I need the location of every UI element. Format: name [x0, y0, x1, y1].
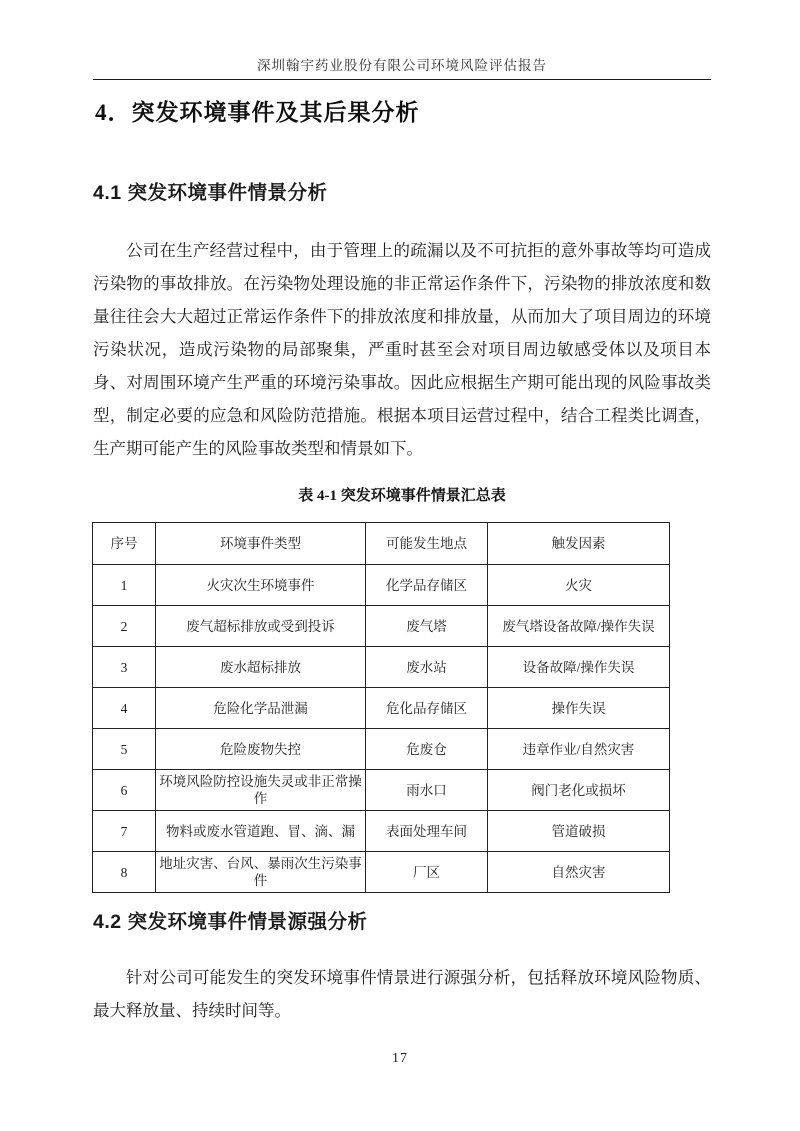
table-caption: 表 4-1 突发环境事件情景汇总表: [93, 484, 711, 505]
page-footer: 17: [0, 1049, 800, 1067]
table-cell: 管道破损: [488, 811, 670, 852]
table-cell: 违章作业/自然灾害: [488, 729, 670, 770]
table-cell: 6: [93, 770, 156, 811]
table-cell: 物料或废水管道跑、冒、滴、漏: [156, 811, 366, 852]
page-header: 深圳翰宇药业股份有限公司环境风险评估报告: [93, 0, 711, 80]
col-header-location: 可能发生地点: [366, 523, 488, 565]
section-4-2-paragraph: 针对公司可能发生的突发环境事件情景进行源强分析，包括释放环境风险物质、最大释放量…: [93, 961, 711, 1027]
header-title: 深圳翰宇药业股份有限公司环境风险评估报告: [93, 54, 711, 74]
table-cell: 地址灾害、台风、暴雨次生污染事件: [156, 852, 366, 893]
table-cell: 4: [93, 688, 156, 729]
document-page: 深圳翰宇药业股份有限公司环境风险评估报告 4．突发环境事件及其后果分析 4.1 …: [0, 0, 800, 1131]
table-cell: 操作失误: [488, 688, 670, 729]
col-header-trigger: 触发因素: [488, 523, 670, 565]
section-4-1-paragraph: 公司在生产经营过程中，由于管理上的疏漏以及不可抗拒的意外事故等均可造成污染物的事…: [93, 234, 711, 465]
table-cell: 2: [93, 606, 156, 647]
table-row: 6 环境风险防控设施失灵或非正常操作 雨水口 阀门老化或损坏: [93, 770, 670, 811]
table-cell: 8: [93, 852, 156, 893]
table-cell: 自然灾害: [488, 852, 670, 893]
table-row: 2 废气超标排放或受到投诉 废气塔 废气塔设备故障/操作失误: [93, 606, 670, 647]
table-row: 7 物料或废水管道跑、冒、滴、漏 表面处理车间 管道破损: [93, 811, 670, 852]
col-header-event-type: 环境事件类型: [156, 523, 366, 565]
table-cell: 厂区: [366, 852, 488, 893]
table-row: 1 火灾次生环境事件 化学品存储区 火灾: [93, 565, 670, 606]
table-cell: 雨水口: [366, 770, 488, 811]
table-cell: 5: [93, 729, 156, 770]
table-row: 3 废水超标排放 废水站 设备故障/操作失误: [93, 647, 670, 688]
table-cell: 7: [93, 811, 156, 852]
page-number: 17: [392, 1051, 408, 1066]
table-cell: 火灾: [488, 565, 670, 606]
table-cell: 阀门老化或损坏: [488, 770, 670, 811]
table-cell: 危险化学品泄漏: [156, 688, 366, 729]
table-cell: 废气塔: [366, 606, 488, 647]
table-cell: 设备故障/操作失误: [488, 647, 670, 688]
table-cell: 危险废物失控: [156, 729, 366, 770]
table-cell: 废气超标排放或受到投诉: [156, 606, 366, 647]
table-cell: 1: [93, 565, 156, 606]
col-header-index: 序号: [93, 523, 156, 565]
chapter-title: 4．突发环境事件及其后果分析: [95, 96, 711, 129]
table-row: 8 地址灾害、台风、暴雨次生污染事件 厂区 自然灾害: [93, 852, 670, 893]
table-cell: 3: [93, 647, 156, 688]
table-cell: 废水站: [366, 647, 488, 688]
table-cell: 危化品存储区: [366, 688, 488, 729]
table-row: 4 危险化学品泄漏 危化品存储区 操作失误: [93, 688, 670, 729]
table-cell: 废水超标排放: [156, 647, 366, 688]
table-cell: 火灾次生环境事件: [156, 565, 366, 606]
scenario-summary-table: 序号 环境事件类型 可能发生地点 触发因素 1 火灾次生环境事件 化学品存储区 …: [92, 522, 670, 893]
section-4-2-heading: 4.2 突发环境事件情景源强分析: [93, 908, 711, 936]
table-cell: 环境风险防控设施失灵或非正常操作: [156, 770, 366, 811]
table-cell: 废气塔设备故障/操作失误: [488, 606, 670, 647]
section-4-1-heading: 4.1 突发环境事件情景分析: [93, 179, 711, 207]
page-body: 4．突发环境事件及其后果分析 4.1 突发环境事件情景分析 公司在生产经营过程中…: [93, 96, 711, 1027]
table-cell: 化学品存储区: [366, 565, 488, 606]
table-row: 5 危险废物失控 危废仓 违章作业/自然灾害: [93, 729, 670, 770]
table-cell: 表面处理车间: [366, 811, 488, 852]
table-cell: 危废仓: [366, 729, 488, 770]
table-header-row: 序号 环境事件类型 可能发生地点 触发因素: [93, 523, 670, 565]
